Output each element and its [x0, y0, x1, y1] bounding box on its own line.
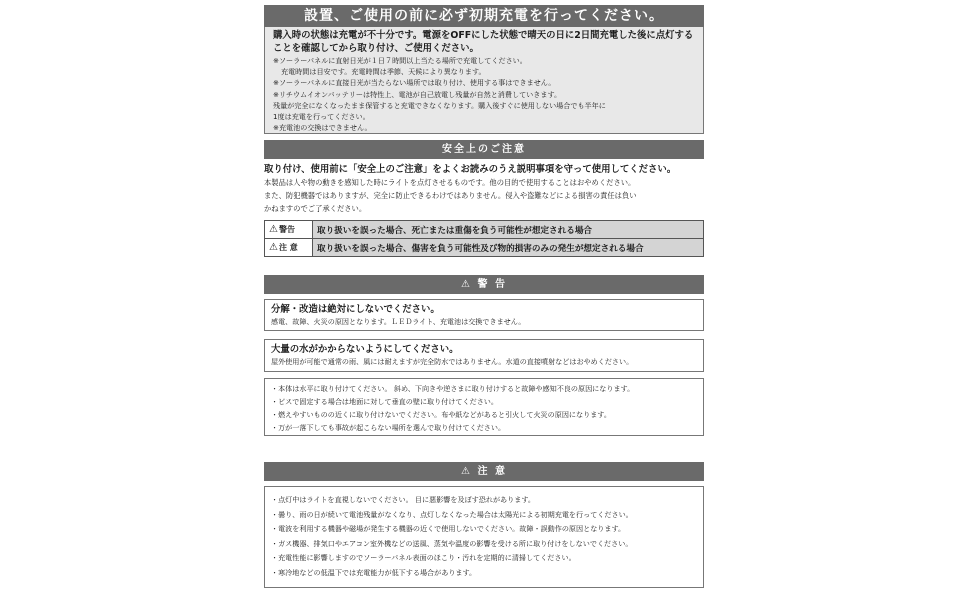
caution-list-item: ・点灯中はライトを直視しないでください。 目に悪影響を及ぼす恐れがあります。	[271, 493, 697, 508]
caution-list: ・点灯中はライトを直視しないでください。 目に悪影響を及ぼす恐れがあります。 ・…	[264, 486, 704, 588]
safety-intro-line: また、防犯機器ではありますが、完全に防止できるわけではありません。侵入や盗難など…	[264, 189, 704, 202]
legend-row-warning: ⚠警告 取り扱いを誤った場合、死亡または重傷を負う可能性が想定される場合	[265, 221, 704, 239]
charging-notice-lead: 購入時の状態は充電が不十分です。電源をOFFにした状態で晴天の日に2日間充電した…	[273, 30, 695, 55]
charging-note: 充電時間は目安です。充電時間は季節、天候により異なります。	[273, 66, 695, 77]
warning-block-heading: 大量の水がかからないようにしてください。	[271, 343, 697, 356]
warning-list-item: ・本体は水平に取り付けてください。 斜め、下向きや逆さまに取り付けすると故障や感…	[271, 382, 697, 395]
legend-label: 注 意	[279, 243, 298, 252]
warning-triangle-icon: ⚠	[461, 466, 472, 477]
caution-list-item: ・充電性能に影響しますのでソーラーパネル表面のほこり・汚れを定期的に清掃してくだ…	[271, 551, 697, 566]
legend-description: 取り扱いを誤った場合、死亡または重傷を負う可能性が想定される場合	[313, 221, 704, 239]
warning-list: ・本体は水平に取り付けてください。 斜め、下向きや逆さまに取り付けすると故障や感…	[264, 378, 704, 436]
caution-list-item: ・曇り、雨の日が続いて電池残量がなくなり、点灯しなくなった場合は太陽光による初期…	[271, 508, 697, 523]
safety-intro-line: かねますのでご了承ください。	[264, 202, 704, 215]
legend-label: 警告	[279, 225, 295, 234]
warning-block-heading: 分解・改造は絶対にしないでください。	[271, 303, 697, 316]
warning-block: 分解・改造は絶対にしないでください。 感電、故障、火災の原因となります。ＬＥＤラ…	[264, 299, 704, 331]
warning-triangle-icon: ⚠	[269, 224, 278, 235]
charging-note: 1度は充電を行ってください。	[273, 111, 695, 122]
warning-list-item: ・燃えやすいものの近くに取り付けないでください。布や紙などがあると引火して火災の…	[271, 408, 697, 421]
warning-triangle-icon: ⚠	[461, 279, 472, 290]
charging-notice-title: 設置、ご使用の前に必ず初期充電を行ってください。	[264, 5, 704, 27]
charging-note: ※リチウムイオンバッテリーは特性上、電池が自己放電し残量が自然と消費していきます…	[273, 89, 695, 100]
caution-list-item: ・寒冷地などの低温下では充電能力が低下する場合があります。	[271, 566, 697, 581]
warning-list-item: ・万が一落下しても事故が起こらない場所を選んで取り付けてください。	[271, 421, 697, 434]
caution-list-item: ・ガス機器、排気口やエアコン室外機などの送風、蒸気や温度の影響を受ける所に取り付…	[271, 537, 697, 552]
charging-note: ※充電池の交換はできません。	[273, 122, 695, 133]
charging-note: ※ソーラーパネルに直射日光が１日７時間以上当たる場所で充電してください。	[273, 55, 695, 66]
legend-description: 取り扱いを誤った場合、傷害を負う可能性及び物的損害のみの発生が想定される場合	[313, 239, 704, 257]
caution-section-title: ⚠ 注 意	[264, 462, 704, 481]
warning-section-title: ⚠ 警 告	[264, 275, 704, 294]
charging-note: ※ソーラーパネルに直接日光が当たらない場所では取り付け、使用する事はできません。	[273, 77, 695, 88]
warning-block-text: 屋外使用が可能で通常の雨、風には耐えますが完全防水ではありません。水道の直接噴射…	[271, 356, 697, 368]
caution-list-item: ・電波を利用する機器や磁場が発生する機器の近くで使用しないでください。故障・誤動…	[271, 522, 697, 537]
legend-row-caution: ⚠注 意 取り扱いを誤った場合、傷害を負う可能性及び物的損害のみの発生が想定され…	[265, 239, 704, 257]
warning-triangle-icon: ⚠	[269, 242, 278, 253]
charging-note: 残量が完全になくなったまま保管すると充電できなくなります。購入後すぐに使用しない…	[273, 100, 695, 111]
safety-lead: 取り付け、使用前に「安全上のご注意」をよくお読みのうえ説明事項を守って使用してく…	[264, 163, 704, 176]
warning-block-text: 感電、故障、火災の原因となります。ＬＥＤライト、充電池は交換できません。	[271, 316, 697, 328]
hazard-legend-table: ⚠警告 取り扱いを誤った場合、死亡または重傷を負う可能性が想定される場合 ⚠注 …	[264, 220, 704, 257]
warning-block: 大量の水がかからないようにしてください。 屋外使用が可能で通常の雨、風には耐えま…	[264, 339, 704, 372]
safety-title: 安全上のご注意	[264, 140, 704, 159]
warning-list-item: ・ビスで固定する場合は地面に対して垂直の壁に取り付けてください。	[271, 395, 697, 408]
instruction-sheet: 設置、ご使用の前に必ず初期充電を行ってください。 購入時の状態は充電が不十分です…	[264, 5, 704, 588]
charging-notice-box: 購入時の状態は充電が不十分です。電源をOFFにした状態で晴天の日に2日間充電した…	[264, 27, 704, 134]
safety-intro-line: 本製品は人や物の動きを感知した時にライトを点灯させるものです。他の目的で使用する…	[264, 176, 704, 189]
